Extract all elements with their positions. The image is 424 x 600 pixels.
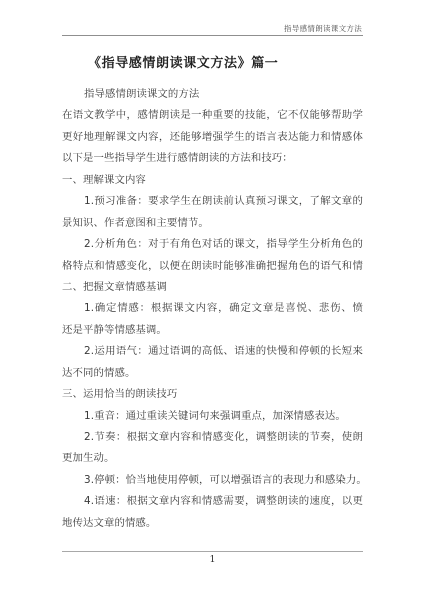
section-heading-line: 一、理解课文内容 [62, 170, 363, 191]
document-page: 指导感情朗读课文方法 《指导感情朗读课文方法》篇一 指导感情朗读课文的方法 在语… [0, 0, 424, 600]
paragraph-line: 在语文教学中，感情朗读是一种重要的技能，它不仅能够帮助学生 [62, 105, 363, 126]
running-header: 指导感情朗读课文方法 [284, 24, 362, 33]
paragraph-line: 指导感情朗读课文的方法 [62, 84, 363, 105]
paragraph-line: 格特点和情感变化，以便在朗读时能够准确把握角色的语气和情感。 [62, 256, 363, 277]
section-heading-line: 三、运用恰当的朗读技巧 [62, 384, 363, 405]
paragraph-line: 更好地理解课文内容，还能够增强学生的语言表达能力和情感体验。 [62, 127, 363, 148]
section-heading-line: 二、把握文章情感基调 [62, 277, 363, 298]
paragraph-line: 达不同的情感。 [62, 363, 363, 384]
paragraph-line: 更加生动。 [62, 448, 363, 469]
document-body: 指导感情朗读课文的方法 在语文教学中，感情朗读是一种重要的技能，它不仅能够帮助学… [62, 84, 363, 534]
paragraph-line: 以下是一些指导学生进行感情朗读的方法和技巧： [62, 148, 363, 169]
document-title: 《指导感情朗读课文方法》篇一 [88, 55, 278, 72]
list-item-line: 1.重音：通过重读关键词句来强调重点，加深情感表达。 [62, 406, 363, 427]
list-item-line: 3.停顿：恰当地使用停顿，可以增强语言的表现力和感染力。 [62, 470, 363, 491]
paragraph-line: 还是平静等情感基调。 [62, 320, 363, 341]
page-number: 1 [62, 554, 363, 565]
paragraph-line: 地传达文章的情感。 [62, 513, 363, 534]
list-item-line: 2.节奏：根据文章内容和情感变化，调整朗读的节奏，使朗读 [62, 427, 363, 448]
list-item-line: 4.语速：根据文章内容和情感需要，调整朗读的速度，以更好 [62, 491, 363, 512]
list-item-line: 1.预习准备：要求学生在朗读前认真预习课文，了解文章的背 [62, 191, 363, 212]
header-rule-divider [62, 35, 363, 36]
paragraph-line: 景知识、作者意图和主要情节。 [62, 213, 363, 234]
list-item-line: 2.分析角色：对于有角色对话的课文，指导学生分析角色的性 [62, 234, 363, 255]
list-item-line: 2.运用语气：通过语调的高低、语速的快慢和停顿的长短来表 [62, 341, 363, 362]
footer-rule-divider [62, 551, 363, 552]
list-item-line: 1.确定情感：根据课文内容，确定文章是喜悦、悲伤、愤怒、 [62, 298, 363, 319]
